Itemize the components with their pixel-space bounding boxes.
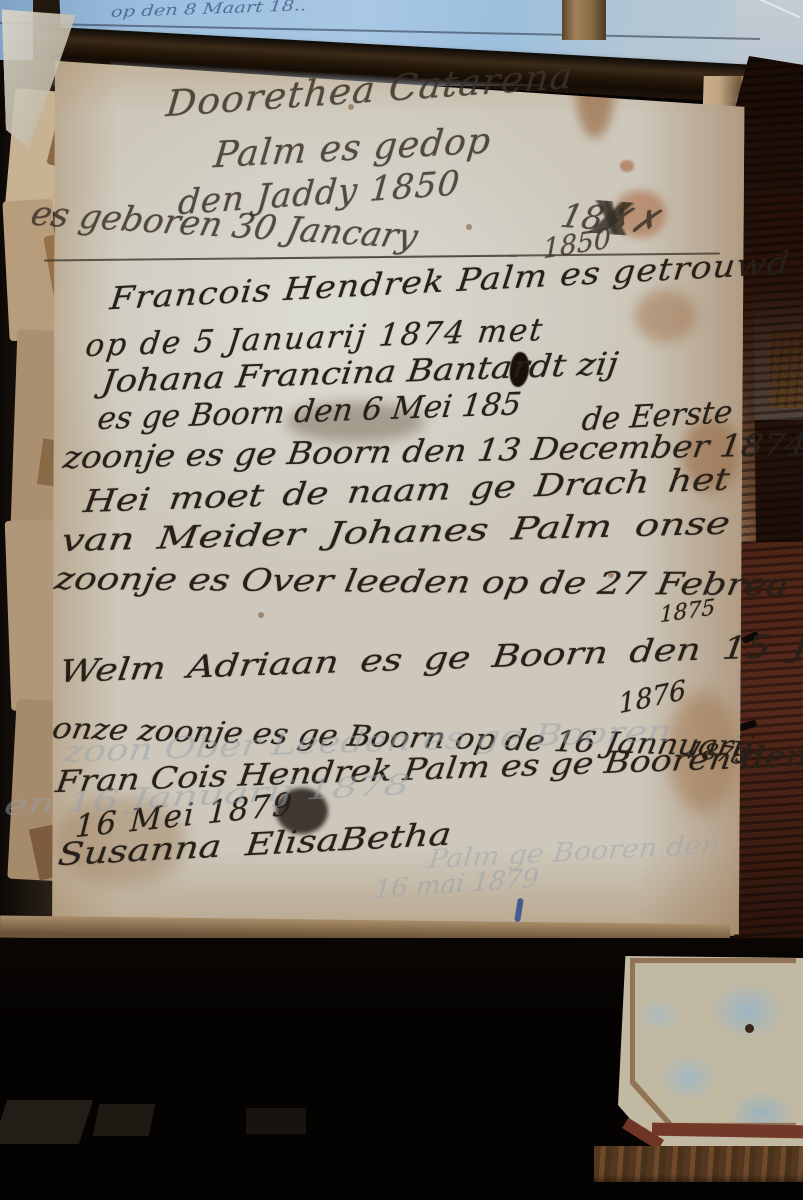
wooden-post	[562, 0, 606, 40]
wood-floor-shadow	[594, 1174, 803, 1200]
paper-speck	[258, 612, 264, 618]
floor-tile	[618, 956, 803, 1152]
photo-of-handwritten-register: op den 8 Maart 18.. Doorethea	[0, 0, 803, 1200]
paper-stain	[634, 290, 696, 342]
marriage-record-line: zoonje es Over leeden op de 27 Febrea	[52, 561, 792, 603]
tile-grout	[652, 1123, 803, 1139]
dim-floor-reflection	[93, 1104, 156, 1136]
paper-speck	[466, 224, 472, 230]
dim-floor-reflection	[0, 1100, 93, 1144]
dim-floor-reflection	[246, 1108, 306, 1134]
paper-stain	[620, 160, 634, 172]
floor-tile-speck	[745, 1024, 754, 1033]
